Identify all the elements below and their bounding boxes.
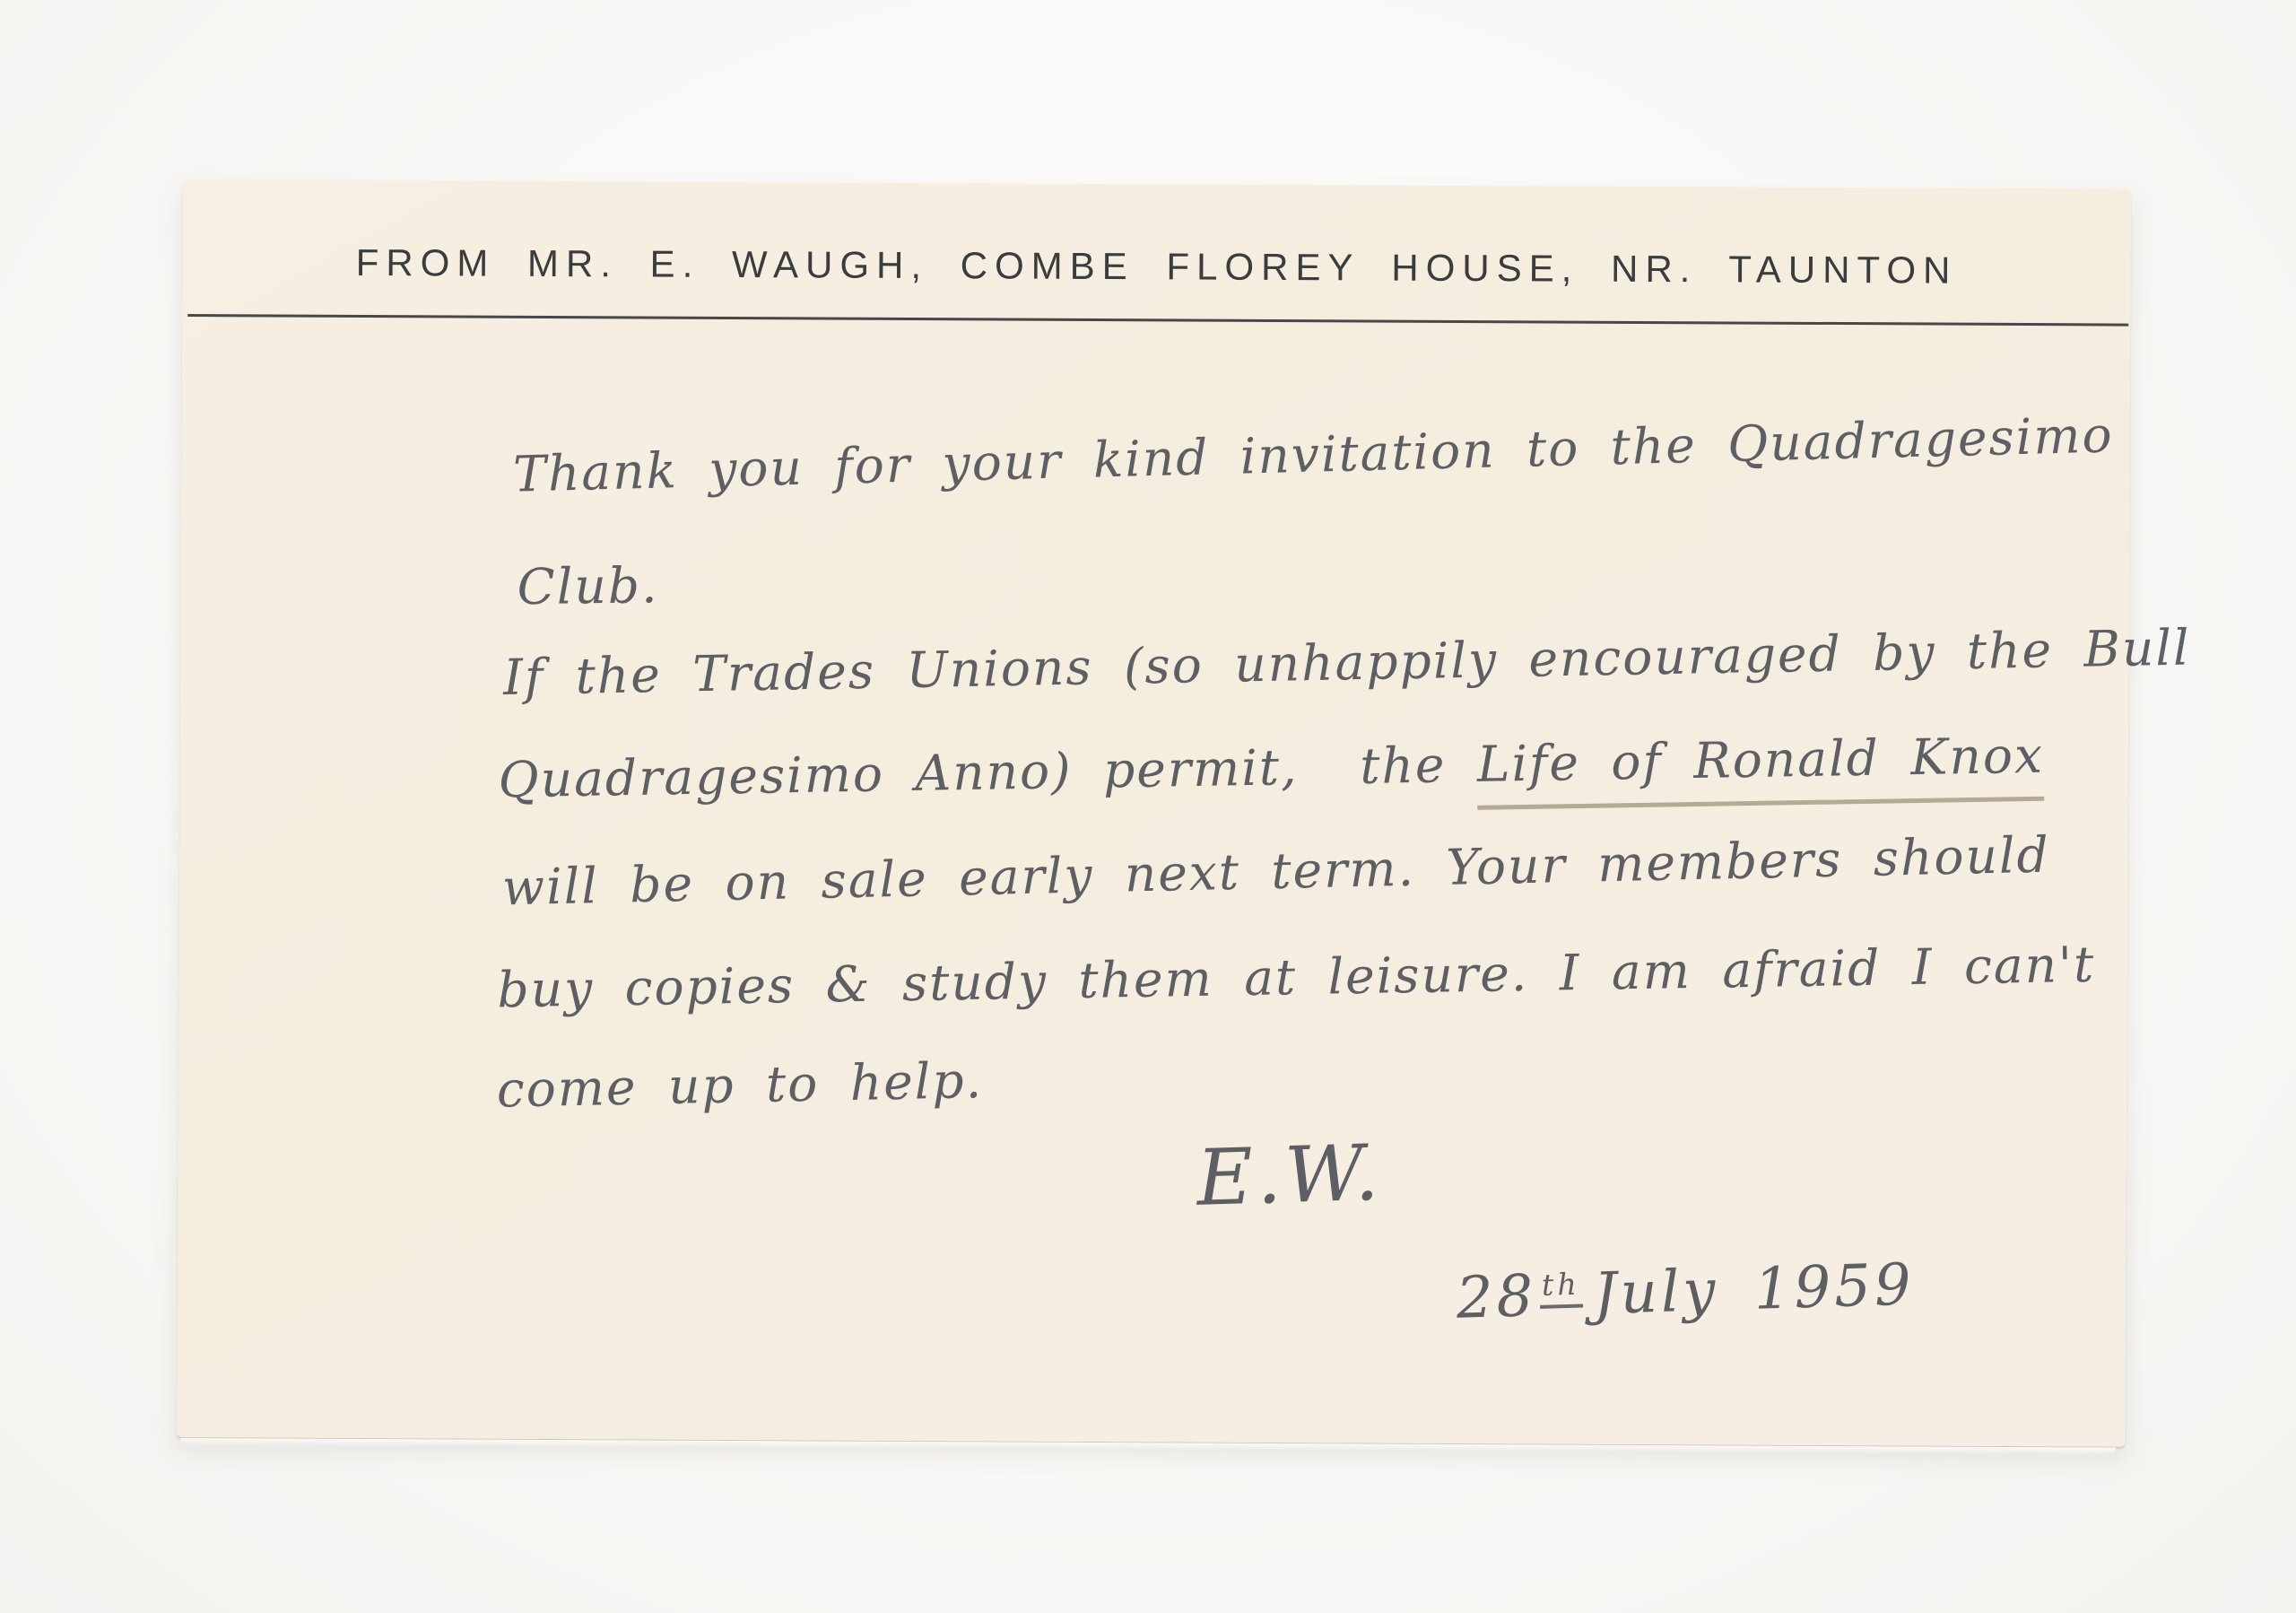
date-month-year: July 1959 xyxy=(1593,1251,1916,1328)
handwritten-text: Thank you for your kind invitation to th… xyxy=(512,405,2114,502)
letterhead: FROM MR. E. WAUGH, COMBE FLOREY HOUSE, N… xyxy=(182,240,2130,293)
date-line: 28thJuly 1959 xyxy=(1242,1185,1918,1404)
handwritten-line-7: come up to help. xyxy=(309,994,985,1180)
letterhead-text: FROM MR. E. WAUGH, COMBE FLOREY HOUSE, N… xyxy=(356,241,1958,292)
date-day: 28 xyxy=(1456,1263,1538,1332)
handwritten-text: come up to help. xyxy=(496,1051,983,1119)
letterhead-rule xyxy=(187,314,2128,327)
date-ordinal: th xyxy=(1538,1266,1583,1308)
photo-background: FROM MR. E. WAUGH, COMBE FLOREY HOUSE, N… xyxy=(0,0,2296,1613)
postcard: FROM MR. E. WAUGH, COMBE FLOREY HOUSE, N… xyxy=(177,179,2131,1447)
